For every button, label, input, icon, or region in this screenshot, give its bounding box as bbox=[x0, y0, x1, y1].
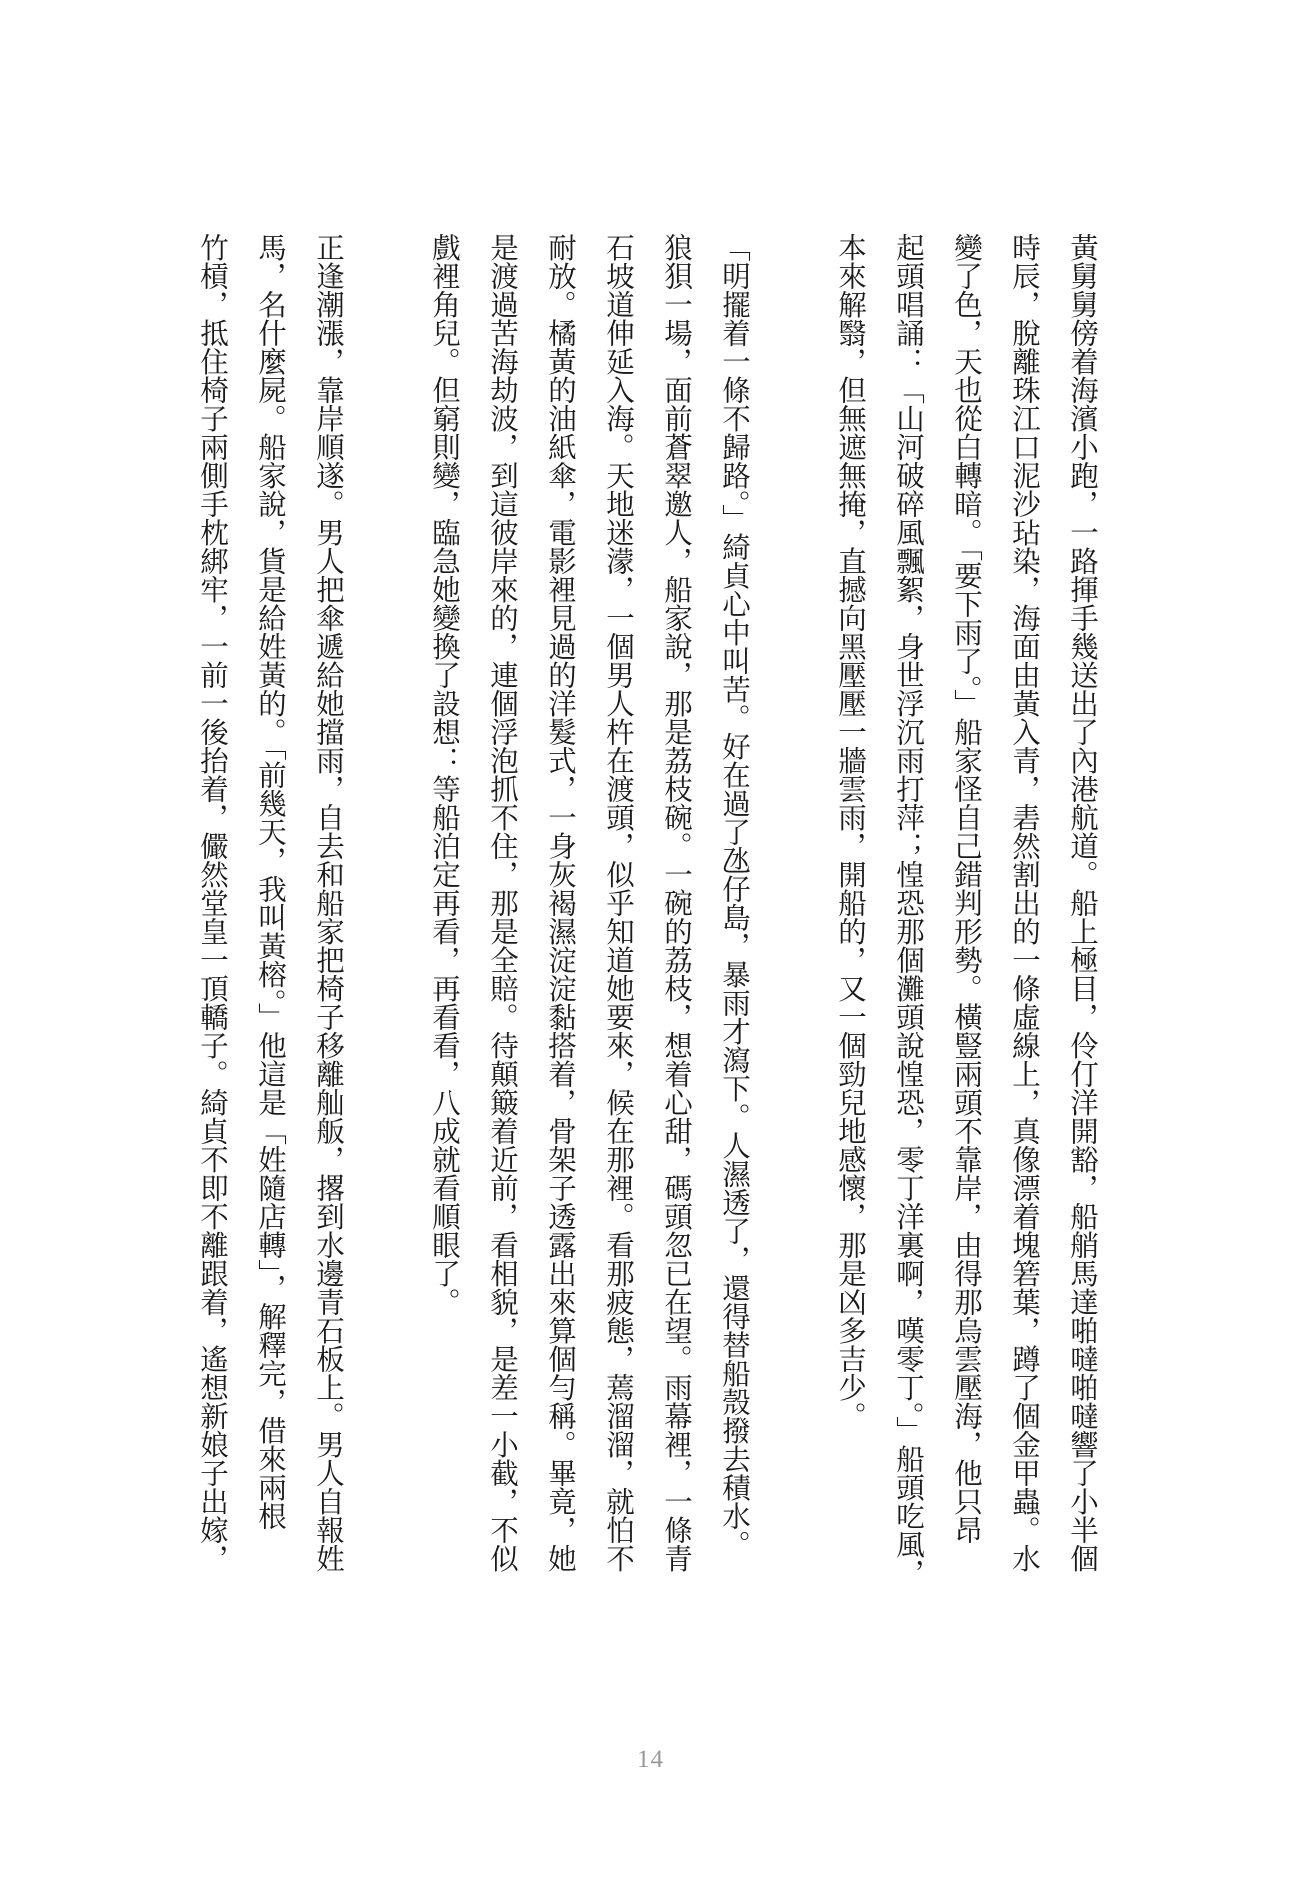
text-column: 是渡過苦海劫波，到這彼岸來的，連個浮泡抓不住，那是全賠。待顛簸着近前，看相貌，是… bbox=[472, 233, 530, 1613]
text-column: 本來解翳，但無遮無掩，直撼向黑壓壓一牆雲雨，開船的，又一個勁兒地感懷，那是凶多吉… bbox=[820, 233, 878, 1613]
book-page: 黃舅舅傍着海濱小跑，一路揮手幾送出了內港航道。船上極目，伶仃洋開豁，船艄馬達啪噠… bbox=[0, 0, 1300, 1890]
paragraph: 正逢潮漲，靠岸順遂。男人把傘遞給她擋雨，自去和船家把椅子移離舢舨，撂到水邊青石板… bbox=[182, 233, 356, 1613]
text-column: 正逢潮漲，靠岸順遂。男人把傘遞給她擋雨，自去和船家把椅子移離舢舨，撂到水邊青石板… bbox=[298, 233, 356, 1613]
text-column: 狼狽一場，面前蒼翠邀人，船家說，那是荔枝碗。一碗的荔枝，想着心甜，碼頭忽已在望。… bbox=[646, 233, 704, 1613]
text-column: 起頭唱誦：「山河破碎風飄絮，身世浮沉雨打萍；惶恐那個灘頭說惶恐，零丁洋裏啊，嘆零… bbox=[878, 233, 936, 1613]
text-column: 時辰，脫離珠江口泥沙玷染，海面由黃入青，砉然割出的一條虛線上，真像漂着塊箬葉，蹲… bbox=[994, 233, 1052, 1613]
text-block: 黃舅舅傍着海濱小跑，一路揮手幾送出了內港航道。船上極目，伶仃洋開豁，船艄馬達啪噠… bbox=[182, 233, 1110, 1613]
text-column: 變了色，天也從白轉暗。「要下雨了。」船家怪自己錯判形勢。橫豎兩頭不靠岸，由得那烏… bbox=[936, 233, 994, 1613]
text-column: 竹槓，抵住椅子兩側手枕綁牢，一前一後抬着，儼然堂皇一頂轎子。綺貞不即不離跟着，遙… bbox=[182, 233, 240, 1613]
paragraph: 黃舅舅傍着海濱小跑，一路揮手幾送出了內港航道。船上極目，伶仃洋開豁，船艄馬達啪噠… bbox=[820, 233, 1110, 1613]
text-column: 「明擺着一條不歸路。」綺貞心中叫苦。好在過了氹仔島，暴雨才瀉下。人濕透了，還得替… bbox=[704, 233, 762, 1613]
text-column: 黃舅舅傍着海濱小跑，一路揮手幾送出了內港航道。船上極目，伶仃洋開豁，船艄馬達啪噠… bbox=[1052, 233, 1110, 1613]
page-number: 14 bbox=[598, 1746, 703, 1774]
text-column: 石坡道伸延入海。天地迷濛，一個男人杵在渡頭，似乎知道她要來，候在那裡。看那疲態，… bbox=[588, 233, 646, 1613]
paragraph: 「明擺着一條不歸路。」綺貞心中叫苦。好在過了氹仔島，暴雨才瀉下。人濕透了，還得替… bbox=[414, 233, 762, 1613]
text-column: 馬，名什麼屍。船家說，貨是給姓黃的。「前幾天，我叫黃榕。」他這是「姓隨店轉」，解… bbox=[240, 233, 298, 1613]
text-column: 戲裡角兒。但窮則變，臨急她變換了設想：等船泊定再看，再看看，八成就看順眼了。 bbox=[414, 233, 472, 1613]
text-column: 耐放。橘黃的油紙傘，電影裡見過的洋髮式，一身灰褐濕淀淀黏搭着，骨架子透露出來算個… bbox=[530, 233, 588, 1613]
